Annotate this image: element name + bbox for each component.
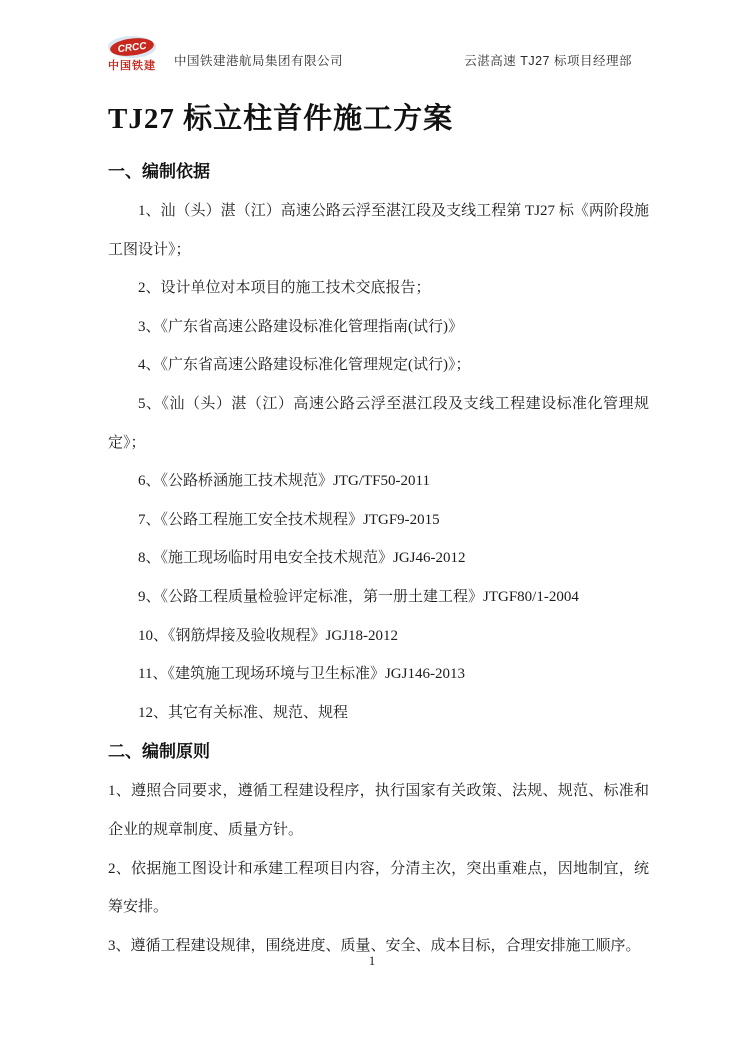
document-body: 一、编制依据 1、汕（头）湛（江）高速公路云浮至湛江段及支线工程第 TJ27 标…: [108, 152, 649, 965]
section-1-heading: 一、编制依据: [108, 152, 649, 192]
reference-item-2: 2、设计单位对本项目的施工技术交底报告；: [108, 269, 649, 308]
principle-item-1: 1、遵照合同要求，遵循工程建设程序，执行国家有关政策、法规、规范、标准和企业的规…: [108, 772, 649, 849]
reference-item-8: 8、《施工现场临时用电安全技术规范》JGJ46-2012: [108, 539, 649, 578]
reference-item-6: 6、《公路桥涵施工技术规范》JTG/TF50-2011: [108, 462, 649, 501]
principle-item-2: 2、依据施工图设计和承建工程项目内容，分清主次，突出重难点，因地制宜，统筹安排。: [108, 850, 649, 927]
reference-item-10: 10、《钢筋焊接及验收规程》JGJ18-2012: [108, 617, 649, 656]
section-2-heading: 二、编制原则: [108, 732, 649, 772]
page-header: CRCC 中国铁建 中国铁建港航局集团有限公司 云湛高速 TJ27 标项目经理部: [104, 34, 632, 73]
header-company-name: 中国铁建港航局集团有限公司: [174, 51, 343, 69]
header-department-name: 云湛高速 TJ27 标项目经理部: [464, 51, 632, 69]
reference-item-3: 3、《广东省高速公路建设标准化管理指南(试行)》: [108, 308, 649, 347]
crcc-logo-icon: CRCC: [106, 34, 158, 60]
reference-item-11: 11、《建筑施工现场环境与卫生标准》JGJ146-2013: [108, 655, 649, 694]
reference-item-7: 7、《公路工程施工安全技术规程》JTGF9-2015: [108, 501, 649, 540]
page-number: 1: [0, 953, 744, 969]
document-title: TJ27 标立柱首件施工方案: [108, 96, 453, 137]
reference-item-12: 12、其它有关标准、规范、规程: [108, 694, 649, 733]
reference-item-9: 9、《公路工程质量检验评定标准，第一册土建工程》JTGF80/1-2004: [108, 578, 649, 617]
document-page: CRCC 中国铁建 中国铁建港航局集团有限公司 云湛高速 TJ27 标项目经理部…: [0, 0, 744, 1052]
reference-item-5: 5、《汕（头）湛（江）高速公路云浮至湛江段及支线工程建设标准化管理规定》；: [108, 385, 649, 462]
reference-item-4: 4、《广东省高速公路建设标准化管理规定(试行)》；: [108, 346, 649, 385]
crcc-logo: CRCC 中国铁建: [104, 34, 160, 73]
reference-item-1: 1、汕（头）湛（江）高速公路云浮至湛江段及支线工程第 TJ27 标《两阶段施工图…: [108, 192, 649, 269]
crcc-logo-brand-text: 中国铁建: [108, 60, 156, 73]
